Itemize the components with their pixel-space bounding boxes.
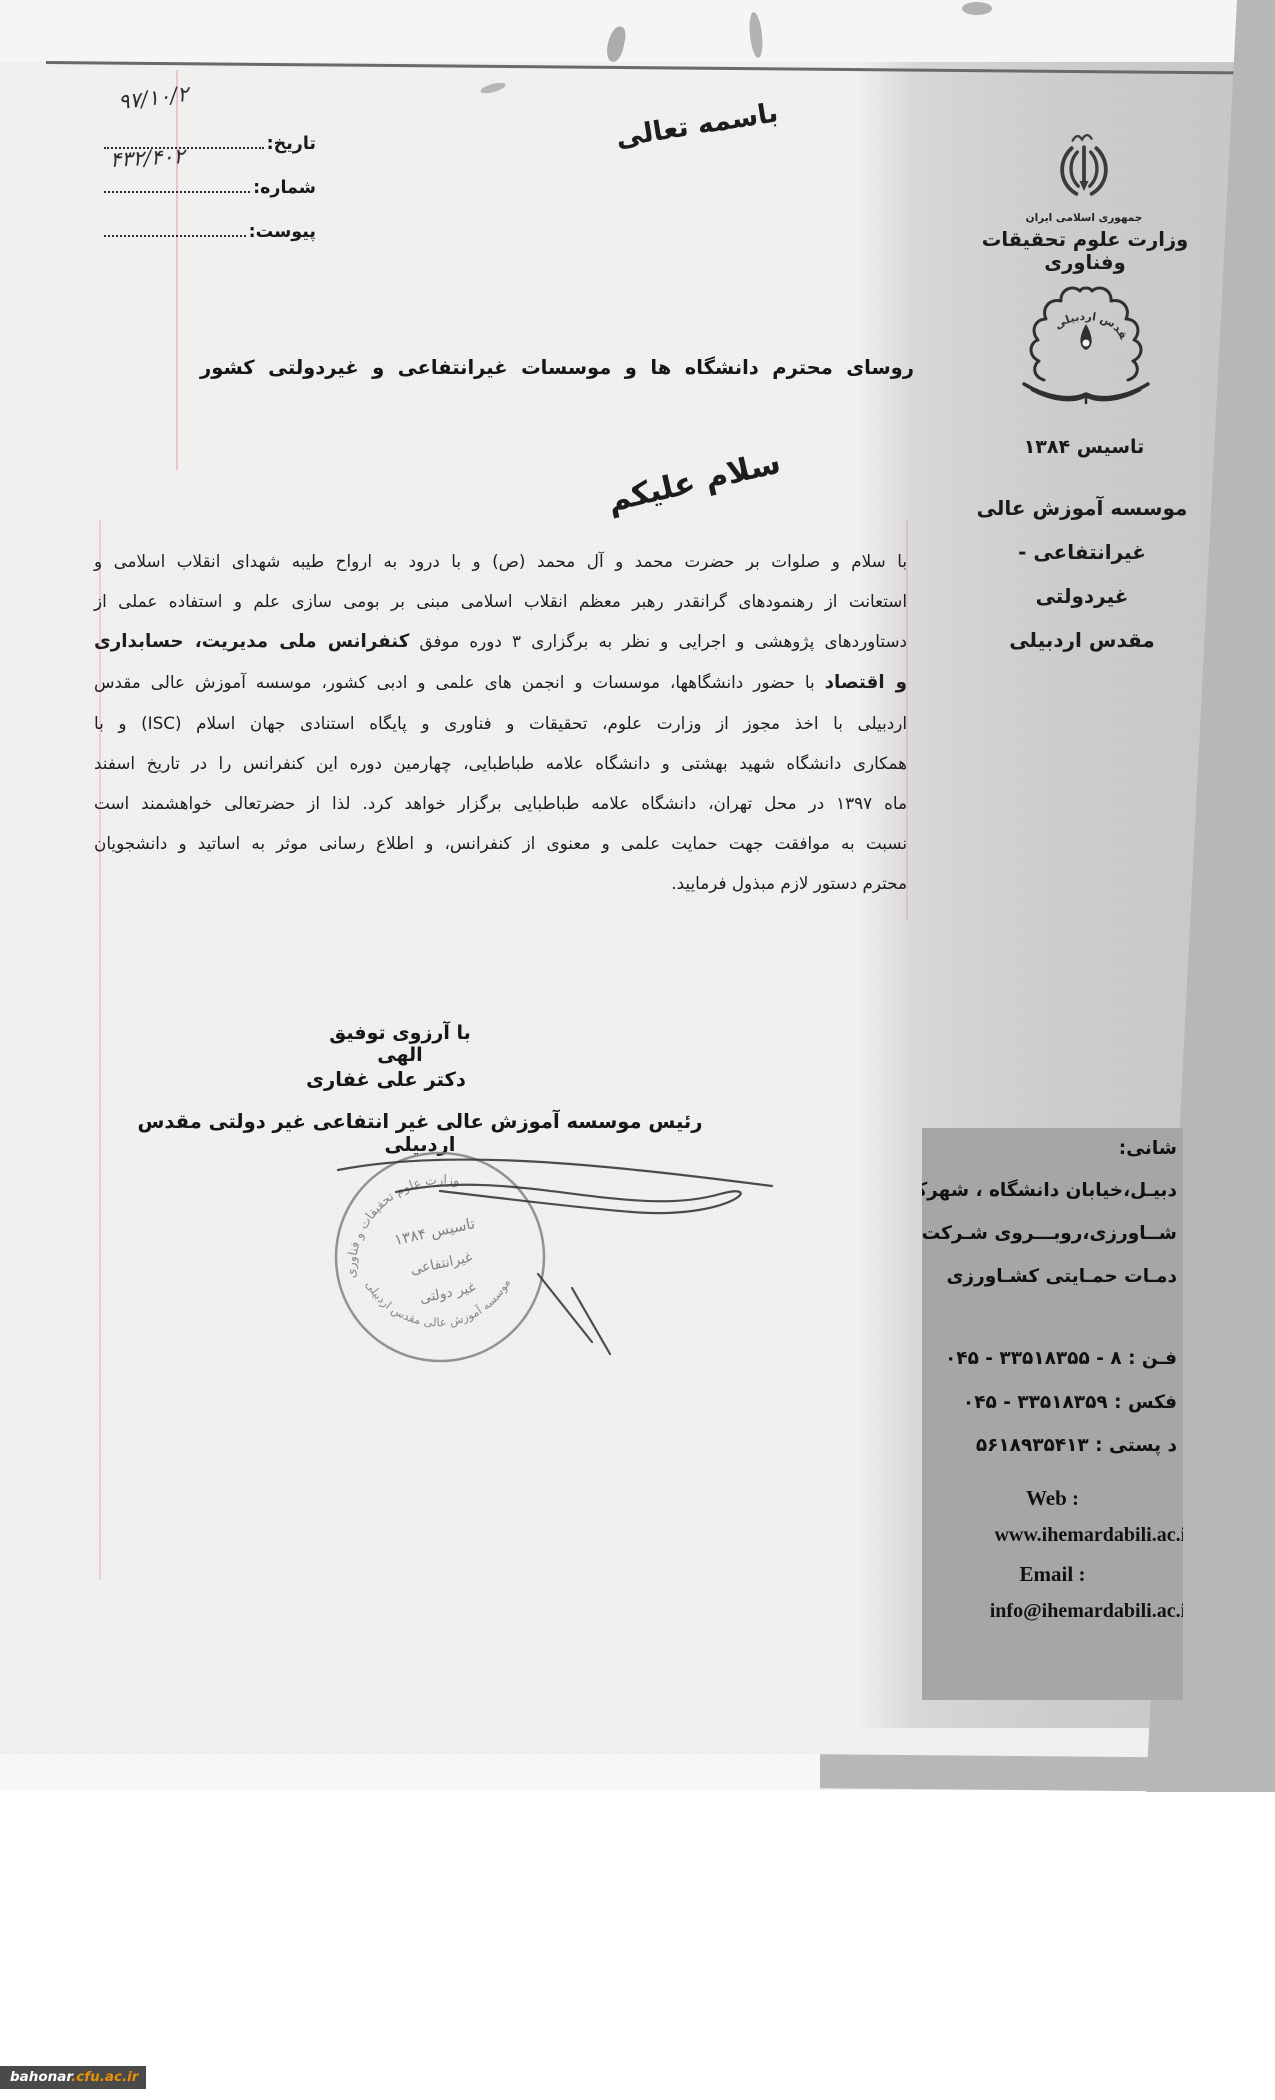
torn-paper-mark (479, 81, 506, 95)
web-url: www.ihemardabili.ac.ir (994, 1524, 1183, 1547)
attachment-field: پیوست: (104, 198, 316, 242)
letter-body-line: دستاوردهای پژوهشی و اجرایی و نظر به برگز… (94, 621, 907, 662)
svg-text:مقدس اردبیلی: مقدس اردبیلی (1002, 284, 1130, 342)
dotted-leader (104, 191, 250, 193)
institute-name: موسسه آموزش عالیغیرانتفاعی - غیردولتیمقد… (972, 486, 1192, 662)
torn-paper-mark (962, 2, 992, 15)
letter-body-line: و اقتصاد با حضور دانشگاهها، موسسات و انج… (94, 662, 907, 703)
scanned-letter-page: تاریخ: شماره: پیوست: ۹۷/۱۰/۲ ۴۳۲/۴۰۲ باس… (0, 0, 1275, 2100)
postal-code-line: د پستی : ۵۶۱۸۹۳۵۴۱۳ (976, 1435, 1177, 1456)
letter-body-line: با سلام و صلوات بر حضرت محمد و آل محمد (… (94, 541, 907, 581)
dotted-leader (104, 235, 246, 237)
letter-body-line: ماه ۱۳۹۷ در محل تهران، دانشگاه علامه طبا… (94, 783, 907, 823)
contact-address-line: دمـات حمـایتی کشـاورزی (946, 1266, 1177, 1287)
number-label: شماره: (253, 178, 316, 198)
fax-line: فکس : ۳۳۵۱۸۳۵۹ - ۰۴۵ (963, 1392, 1177, 1413)
signature-scribble (300, 1124, 820, 1414)
contact-address-line: دبیـل،خیابان دانشگاه ، شهرک (922, 1180, 1177, 1201)
salutation-calligraphy: سلام علیکم (593, 442, 796, 522)
letter-body-line: اردبیلی با اخذ مجوز از وزارت علوم، تحقیق… (94, 703, 907, 743)
watermark-name: bahonar (10, 2069, 71, 2085)
email-label: Email : (922, 1562, 1183, 1587)
addressee-line: روسای محترم دانشگاه ها و موسسات غیرانتفا… (200, 356, 914, 379)
iran-emblem-icon (1046, 130, 1122, 212)
contact-panel: شانی:دبیـل،خیابان دانشگاه ، شهرکشــاورزی… (922, 1128, 1183, 1700)
site-watermark: bahonar.cfu.ac.ir (0, 2066, 146, 2089)
institute-name-line: مقدس اردبیلی (972, 618, 1192, 662)
contact-address-line: شــاورزی،روبـــروی شـرکت (922, 1223, 1177, 1244)
letter-body-line: محترم دستور لازم مبذول فرمایید. (94, 863, 907, 903)
letter-body: با سلام و صلوات بر حضرت محمد و آل محمد (… (94, 541, 907, 903)
logo-arc-text: مقدس اردبیلی (1002, 284, 1130, 342)
email-url: info@ihemardabili.ac.ir (990, 1600, 1183, 1623)
page-bottom-margin (0, 1754, 820, 1790)
attachment-label: پیوست: (249, 222, 316, 242)
contact-address-line: شانی: (1119, 1138, 1177, 1159)
scan-paper: تاریخ: شماره: پیوست: ۹۷/۱۰/۲ ۴۳۲/۴۰۲ باس… (0, 0, 1275, 1790)
letter-body-line: همکاری دانشگاه شهید بهشتی و دانشگاه علام… (94, 743, 907, 783)
handwritten-number: ۴۳۲/۴۰۲ (109, 144, 185, 172)
bismillah-calligraphy: باسمه تعالی (591, 94, 803, 157)
closing-wish: با آرزوی توفیق الهی (310, 1022, 490, 1066)
signer-name: دکتر علی غفاری (306, 1068, 466, 1091)
web-label: Web : (922, 1486, 1183, 1511)
ministry-name: وزارت علوم تحقیقات وفناوری (950, 228, 1220, 274)
scanner-background-bottom (818, 1754, 1220, 1792)
institute-name-line: غیرانتفاعی - غیردولتی (972, 530, 1192, 618)
established-year: تاسیس ۱۳۸۴ (1014, 436, 1154, 458)
institute-name-line: موسسه آموزش عالی (972, 486, 1192, 530)
date-label: تاریخ: (267, 134, 316, 154)
watermark-domain: .cfu.ac.ir (71, 2069, 138, 2085)
letter-body-line: نسبت به موافقت جهت حمایت علمی و معنوی از… (94, 823, 907, 863)
country-name: جمهوری اسلامی ایران (1014, 212, 1154, 224)
header-fields: تاریخ: شماره: پیوست: (104, 110, 316, 242)
phone-line: فـن : ۸ - ۳۳۵۱۸۳۵۵ - ۰۴۵ (945, 1348, 1177, 1369)
letter-body-line: استعانت از رهنمودهای گرانقدر رهبر معظم ا… (94, 581, 907, 621)
institute-logo-icon: مقدس اردبیلی (1002, 284, 1170, 426)
scan-top-strip (0, 0, 1275, 62)
